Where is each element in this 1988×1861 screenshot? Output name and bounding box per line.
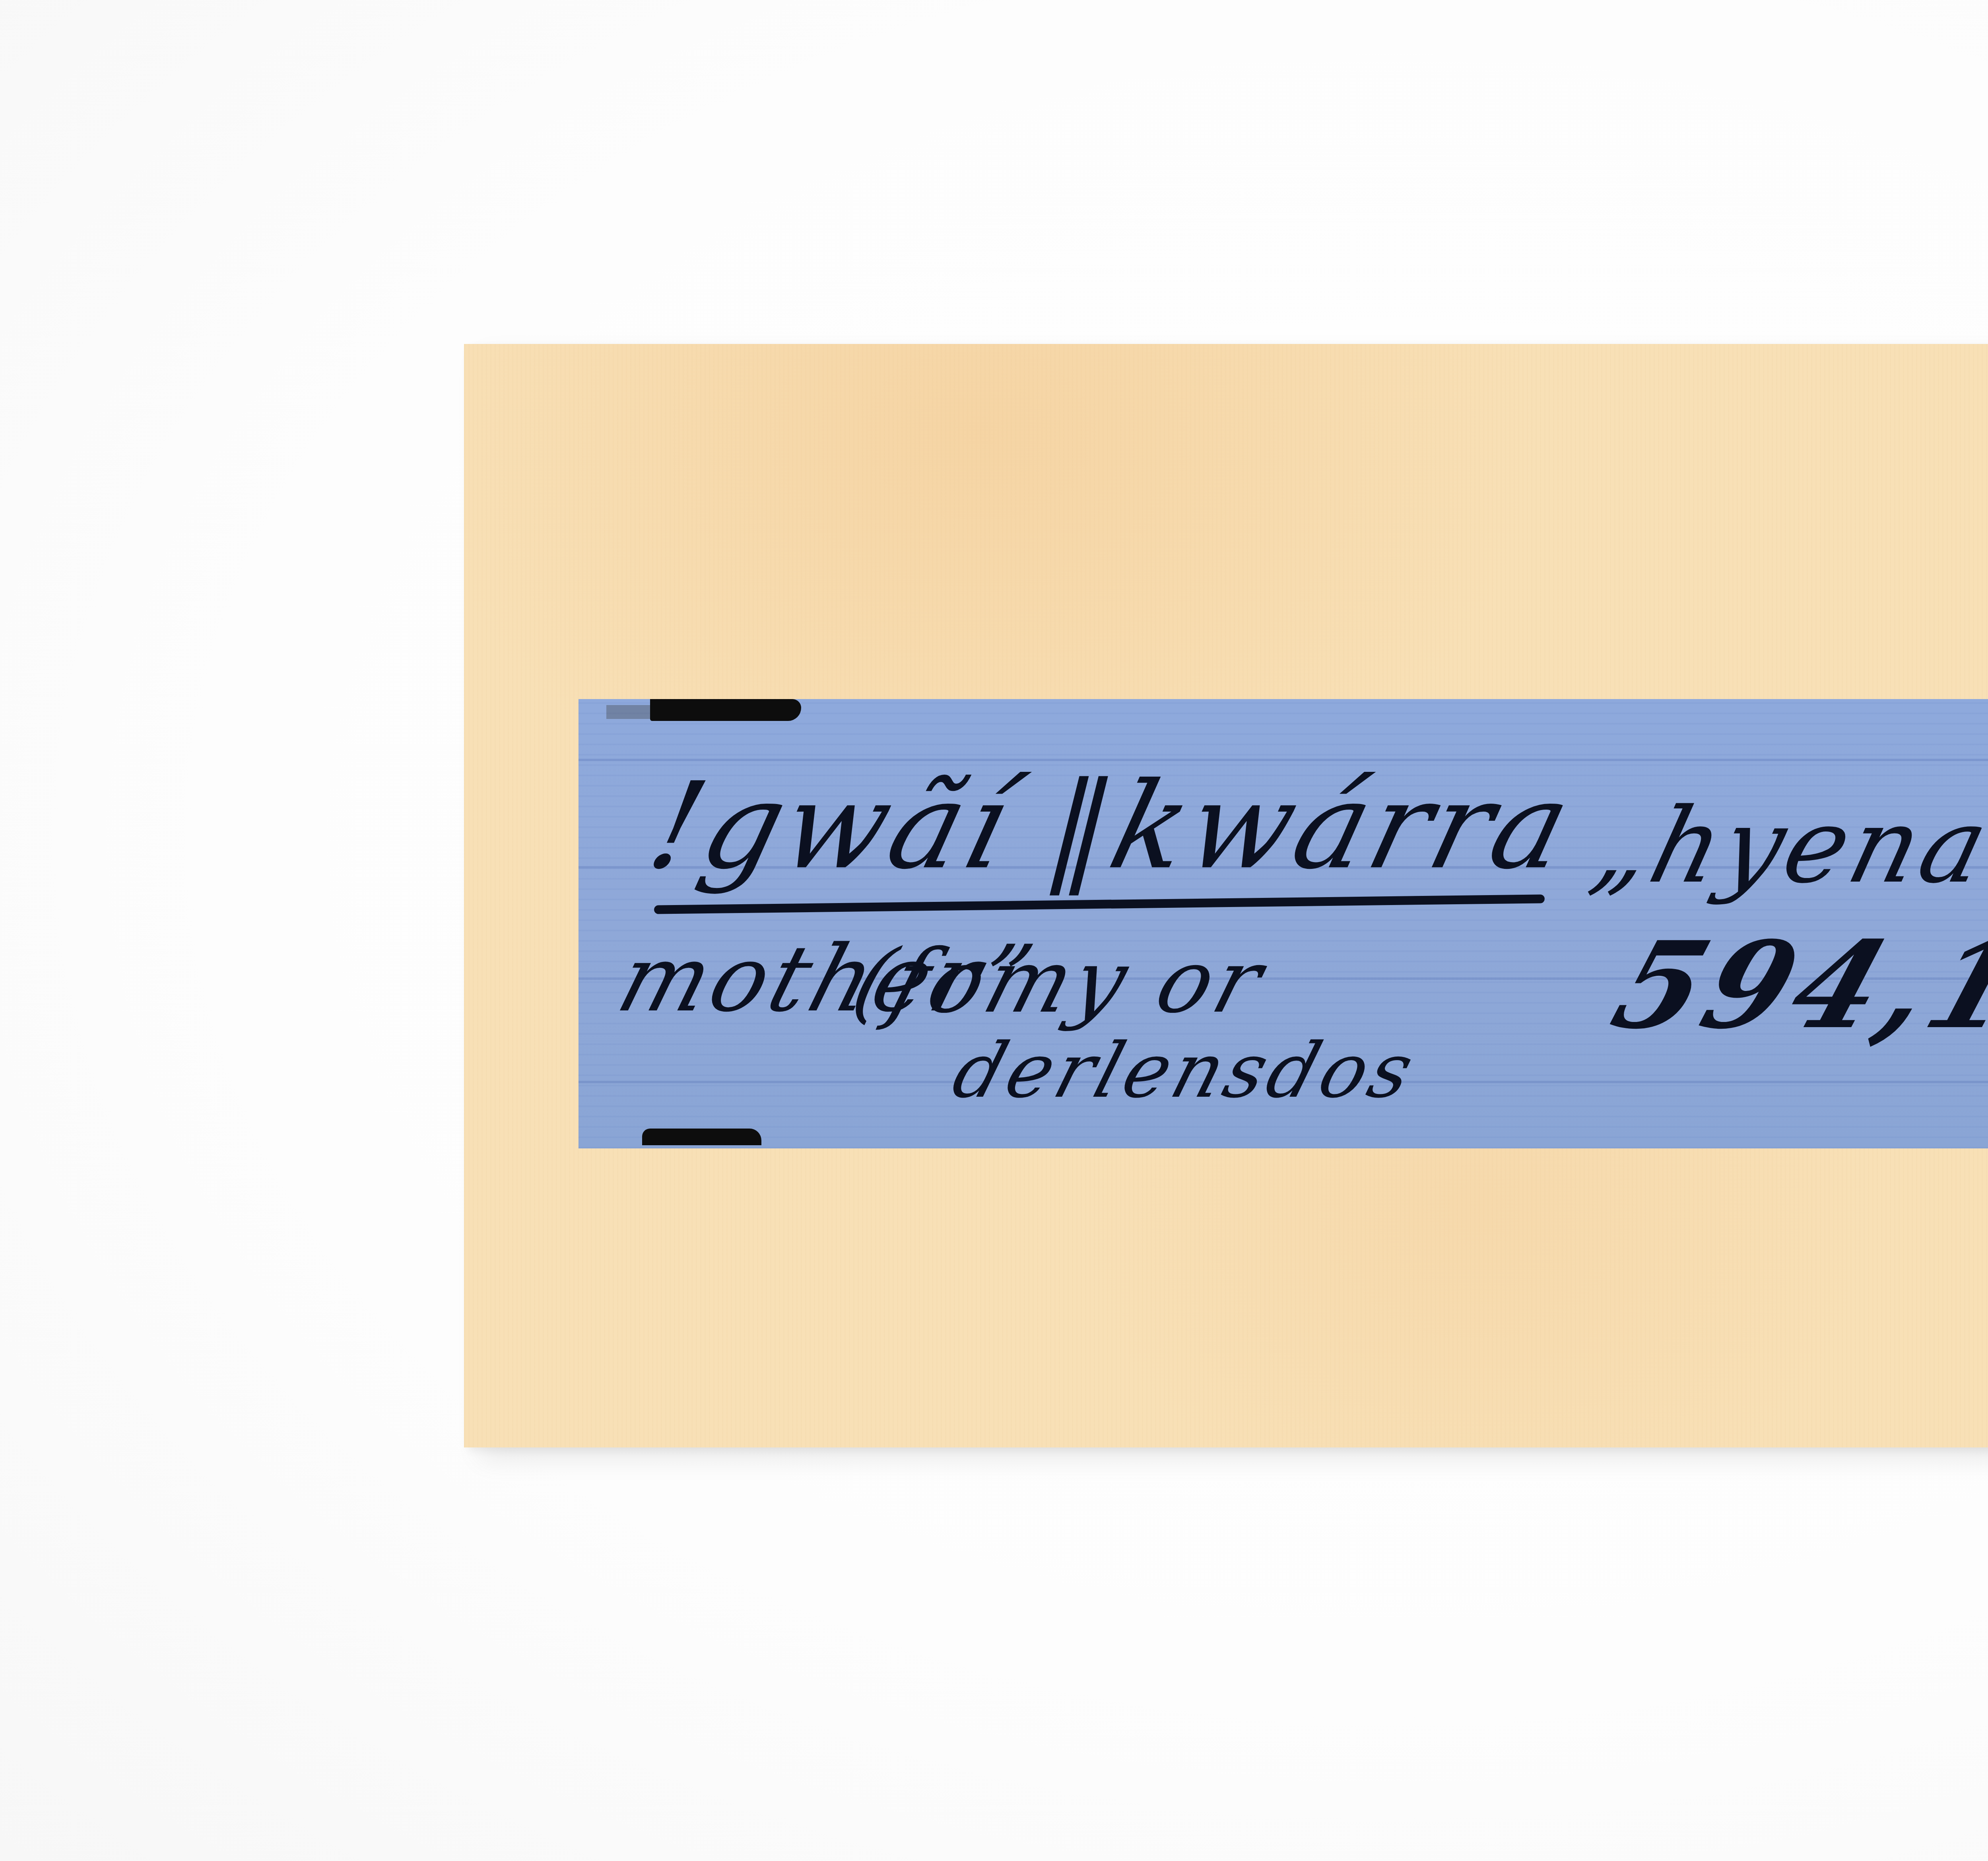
mounting-tab-top xyxy=(650,699,801,721)
note-line-1: (fomy or xyxy=(844,938,1275,1025)
blue-paper-slip: !gwãí ‖kwárra „hyena mother” (fomy or de… xyxy=(579,699,1988,1148)
page-reference: 594,1—4; xyxy=(1601,926,1988,1045)
headword: !gwãí ‖kwárra xyxy=(639,767,1584,886)
mounting-tab-bottom xyxy=(642,1129,761,1145)
note-line-2: derlensdos xyxy=(945,1033,1425,1109)
gloss-open: „hyena xyxy=(1584,795,1988,898)
headword-underline xyxy=(654,894,1545,914)
mounting-card: !gwãí ‖kwárra „hyena mother” (fomy or de… xyxy=(464,344,1988,1447)
